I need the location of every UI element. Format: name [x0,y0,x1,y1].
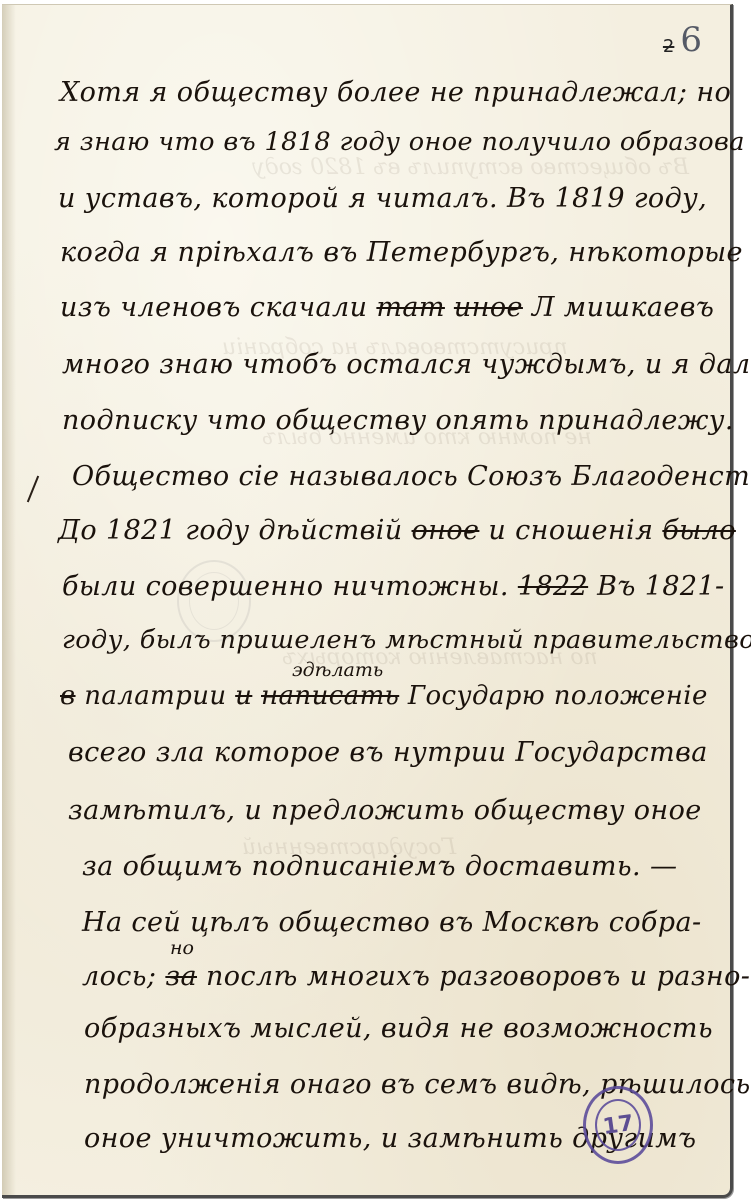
struck-word: оное [412,515,480,546]
line-text [445,292,454,323]
struck-word: иное [454,292,523,323]
struck-word: 1822 [518,571,588,602]
struck-word: в [60,681,76,711]
interlinear-insertion: эдѣлать [292,659,383,681]
interlinear-insertion: но [170,937,194,959]
manuscript-line-19: продолженiя онаго въ семъ видѣ, рѣшилось [84,1069,751,1100]
manuscript-line-10: были совершенно ничтожны. 1822 Въ 1821- [62,571,725,602]
line-text: были совершенно ничтожны. [62,571,518,602]
manuscript-line-13: всего зла которое въ нутрии Государства [68,737,708,768]
line-text: лось; [82,961,165,992]
struck-word: за [165,961,197,992]
manuscript-line-8: Общество сiе называлось Союзъ Благоденст… [72,461,751,492]
archive-stamp: 17 [583,1086,653,1164]
manuscript-line-5: изъ членовъ скачали тат иное Л мишкаевъ [60,292,714,323]
manuscript-line-15: за общимъ подписанiемъ доставить. — [82,851,677,882]
bleed-through-text: Въ общество вступилъ въ 1820 году [252,155,689,180]
line-text: Въ 1821- [588,571,724,602]
manuscript-line-17: лось; за послѣ многихъ разговоровъ и раз… [82,961,750,992]
line-text: Л мишкаевъ [523,292,714,323]
manuscript-line-18: образныхъ мыслей, видя не возможность [84,1013,713,1044]
manuscript-line-16: На сей цѣлъ общество въ Москвѣ собра- [82,907,701,938]
folio-current-number: 6 [680,23,702,57]
page-binding-shadow [2,5,16,1195]
line-text: и сношенiя [479,515,662,546]
manuscript-line-2: я знаю что въ 1818 году оное получило об… [54,127,745,157]
margin-mark [27,476,39,503]
line-text: Государю положенiе [399,681,708,711]
manuscript-page: Въ общество вступилъ въ 1820 году присут… [2,4,733,1198]
manuscript-line-1: Хотя я обществу более не принадлежал; но [60,77,731,108]
manuscript-line-3: и уставъ, которой я читалъ. Въ 1819 году… [58,183,707,214]
line-text: когда я прiѣхалъ [60,237,323,268]
manuscript-line-14: замѣтилъ, и предложить обществу оное [68,795,702,826]
struck-word: тат [376,292,445,323]
manuscript-line-9: До 1821 году дѣйствiй оное и сношенiя бы… [58,515,736,546]
stamp-inner-ring: 17 [595,1099,641,1151]
struck-word: было [662,515,736,546]
stamp-number: 17 [601,1110,635,1139]
folio-old-number: 2 [663,36,674,57]
line-text: изъ членовъ скачали [60,292,376,323]
manuscript-line-12: в палатрии и написать Государю положенiе [60,681,708,711]
manuscript-line-11: году, былъ пришеленъ мѣстный правительст… [62,625,751,655]
struck-word: написать [261,681,399,711]
line-text: въ Петербургъ, нѣкоторые [323,237,743,268]
manuscript-line-6: много знаю чтобъ остался чуждымъ, и я да… [62,349,751,380]
struck-word: и [235,681,252,711]
manuscript-line-7: подписку что обществу опять принадлежу. [62,405,734,436]
folio-number: 2 6 [663,23,702,57]
line-text: палатрии [76,681,236,711]
manuscript-line-4: когда я прiѣхалъ въ Петербургъ, нѣкоторы… [60,237,743,268]
line-text: послѣ многихъ разговоровъ и разно- [197,961,750,992]
line-text: До 1821 году дѣйствiй [58,515,412,546]
